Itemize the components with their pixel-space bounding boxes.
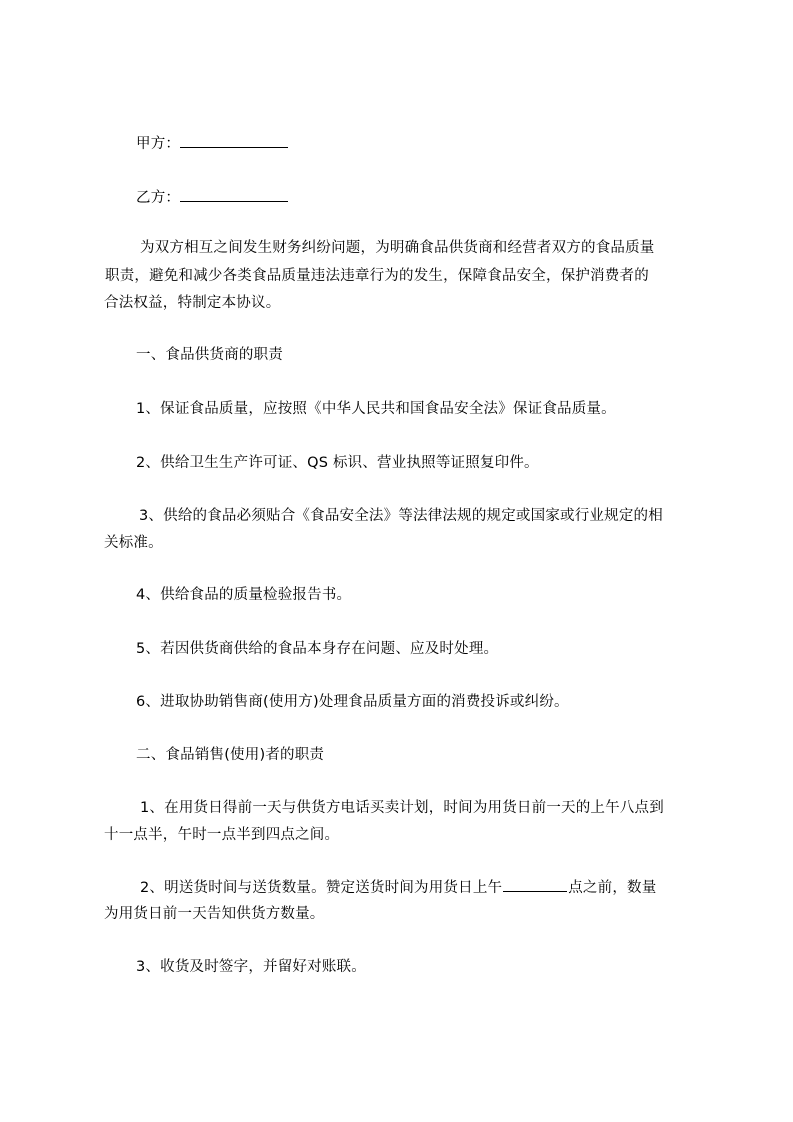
section-1-item-3-line-1: 3、供给的食品必须贴合《食品安全法》等法律法规的规定或国家或行业规定的相 [139,506,663,526]
party-a-line: 甲方： [136,133,288,154]
section-2-heading: 二、食品销售(使用)者的职责 [136,745,324,765]
item-2-text-after: 点之前，数量 [568,880,656,896]
item-2-text-before: 2、明送货时间与送货数量。赞定送货时间为用货日上午 [140,880,502,896]
preamble-line-2: 职责，避免和减少各类食品质量违法违章行为的发生，保障食品安全，保护消费者的 [105,266,649,286]
party-b-label: 乙方： [136,190,180,206]
section-2-item-2-line-1: 2、明送货时间与送货数量。赞定送货时间为用货日上午点之前，数量 [140,877,656,898]
section-1-item-2: 2、供给卫生生产许可证、QS 标识、营业执照等证照复印件。 [136,453,539,473]
party-a-label: 甲方： [136,136,180,152]
section-1-item-3-line-2: 关标准。 [104,533,163,553]
party-b-blank[interactable] [180,187,288,202]
document-page: 甲方： 乙方： 为双方相互之间发生财务纠纷问题，为明确食品供货商和经营者双方的食… [0,0,793,1122]
section-2-item-3: 3、收货及时签字，并留好对账联。 [136,957,366,977]
section-1-item-6: 6、进取协助销售商(使用方)处理食品质量方面的消费投诉或纠纷。 [136,692,569,712]
party-a-blank[interactable] [180,133,288,148]
section-1-heading: 一、食品供货商的职责 [136,345,283,365]
section-1-item-1: 1、保证食品质量，应按照《中华人民共和国食品安全法》保证食品质量。 [136,399,616,419]
section-1-item-4: 4、供给食品的质量检验报告书。 [136,585,351,605]
preamble-line-1: 为双方相互之间发生财务纠纷问题，为明确食品供货商和经营者双方的食品质量 [140,238,655,258]
section-2-item-1-line-1: 1、在用货日得前一天与供货方电话买卖计划，时间为用货日前一天的上午八点到 [140,798,664,818]
preamble-line-3: 合法权益，特制定本协议。 [104,293,280,313]
party-b-line: 乙方： [136,187,288,208]
section-1-item-5: 5、若因供货商供给的食品本身存在问题、应及时处理。 [136,639,498,659]
section-2-item-1-line-2: 十一点半，午时一点半到四点之间。 [104,825,339,845]
delivery-time-blank[interactable] [503,877,567,892]
section-2-item-2-line-2: 为用货日前一天告知供货方数量。 [104,904,325,924]
